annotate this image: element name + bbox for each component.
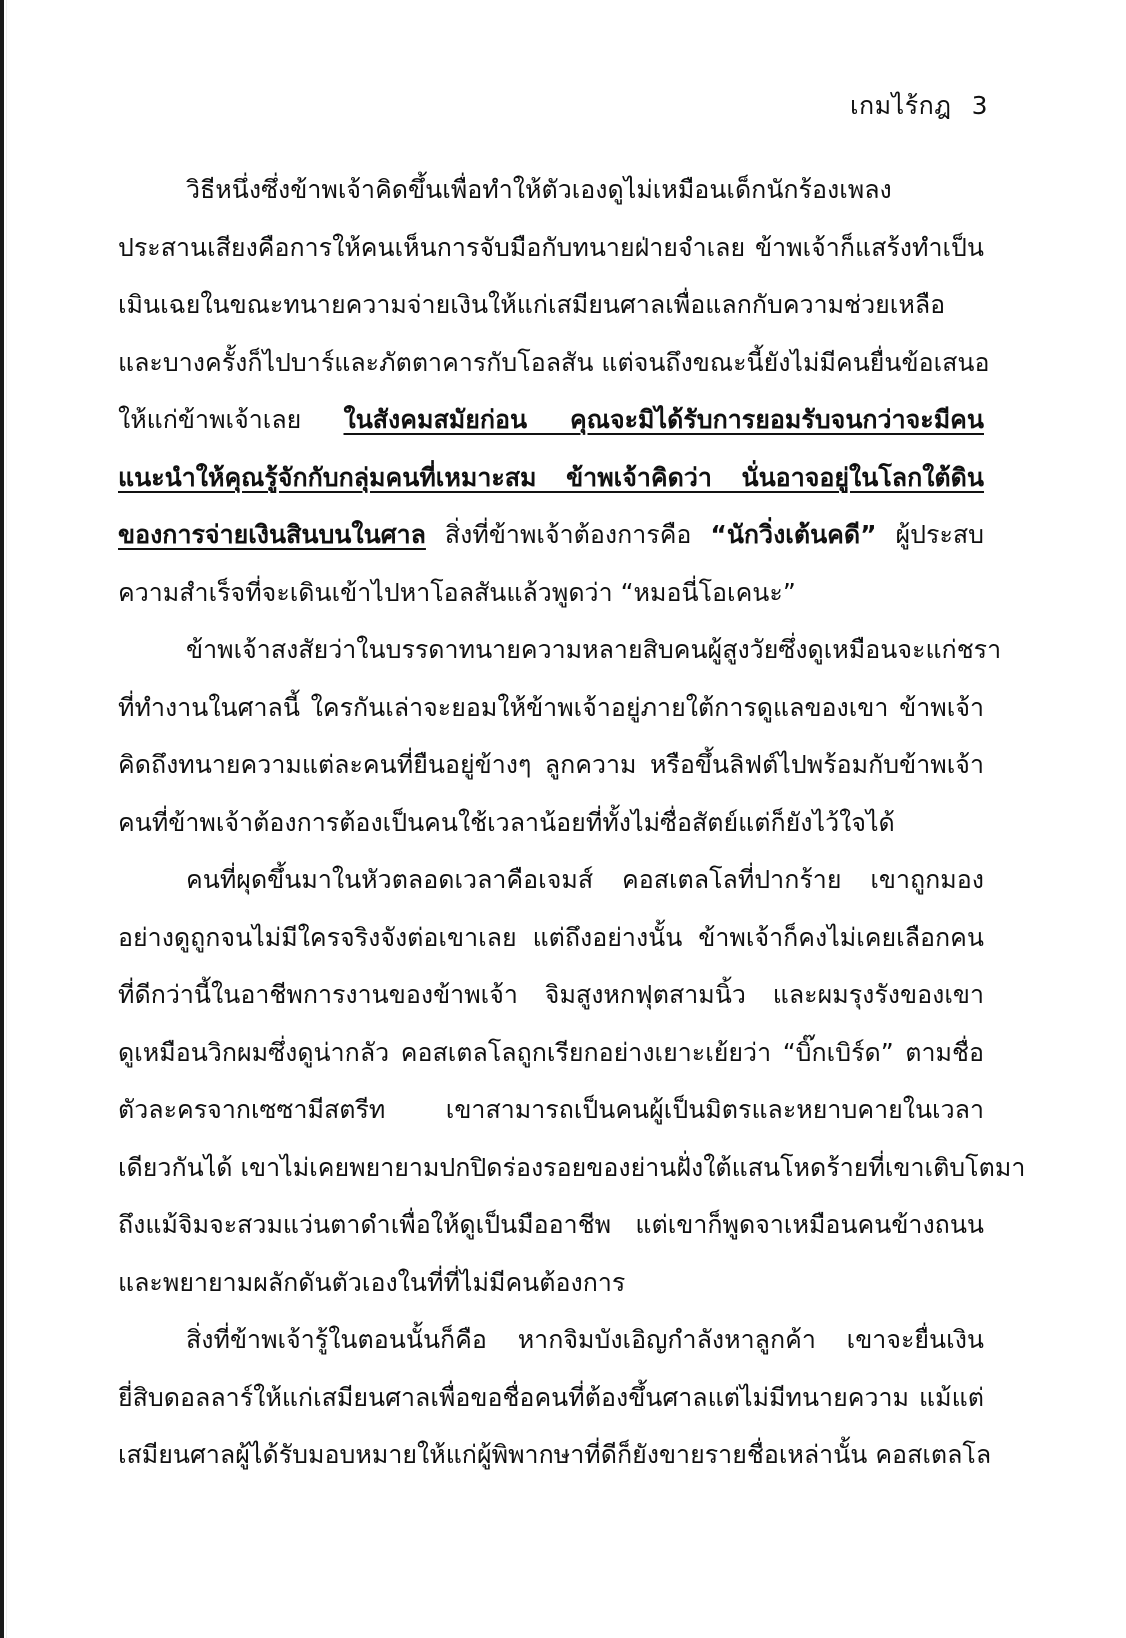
text-line: ที่ดีกว่านี้ในอาชีพการงานของข้าพเจ้า จิม… xyxy=(118,976,984,1014)
text-line: ที่ทำงานในศาลนี้ ใครกันเล่าจะยอมให้ข้าพเ… xyxy=(118,689,984,727)
bold-term: “นักวิ่งเต้นคดี” xyxy=(710,520,876,549)
text-line: แนะนำให้คุณรู้จักกับกลุ่มคนที่เหมาะสม ข้… xyxy=(118,459,984,497)
text-line: ถึงแม้จิมจะสวมแว่นตาดำเพื่อให้ดูเป็นมืออ… xyxy=(118,1206,984,1244)
text-line: คิดถึงทนายความแต่ละคนที่ยืนอยู่ข้างๆ ลูก… xyxy=(118,746,984,784)
page-left-border xyxy=(0,0,4,1638)
emphasized-text: ของการจ่ายเงินสินบนในศาล xyxy=(118,520,426,549)
page-edge-shadow xyxy=(6,0,7,1638)
text-line: คนที่ผุดขึ้นมาในหัวตลอดเวลาคือเจมส์ คอสเ… xyxy=(186,861,984,899)
text-line: เมินเฉยในขณะทนายความจ่ายเงินให้แก่เสมียน… xyxy=(118,286,984,324)
text-line: คนที่ข้าพเจ้าต้องการต้องเป็นคนใช้เวลาน้อ… xyxy=(118,804,984,842)
text-line: อย่างดูถูกจนไม่มีใครจริงจังต่อเขาเลย แต่… xyxy=(118,919,984,957)
text-line: วิธีหนึ่งซึ่งข้าพเจ้าคิดขึ้นเพื่อทำให้ตั… xyxy=(186,171,984,209)
text-line: ดูเหมือนวิกผมซึ่งดูน่ากลัว คอสเตลโลถูกเร… xyxy=(118,1034,984,1072)
text-line: ยี่สิบดอลลาร์ให้แก่เสมียนศาลเพื่อขอชื่อค… xyxy=(118,1379,984,1417)
page-number: 3 xyxy=(972,91,988,120)
emphasized-text: ในสังคมสมัยก่อน คุณจะมิได้รับการยอมรับจน… xyxy=(344,405,985,434)
text-line: ของการจ่ายเงินสินบนในศาล สิ่งที่ข้าพเจ้า… xyxy=(118,516,984,554)
text-line: ประสานเสียงคือการให้คนเห็นการจับมือกับทน… xyxy=(118,229,984,267)
text-line: และบางครั้งก็ไปบาร์และภัตตาคารกับโอลสัน … xyxy=(118,344,984,382)
running-header: เกมไร้กฎ3 xyxy=(850,86,988,126)
book-title: เกมไร้กฎ xyxy=(850,91,952,120)
text-line: และพยายามผลักดันตัวเองในที่ที่ไม่มีคนต้อ… xyxy=(118,1264,984,1302)
text-line: ให้แก่ข้าพเจ้าเลย ในสังคมสมัยก่อน คุณจะม… xyxy=(118,401,984,439)
text-line: เดียวกันได้ เขาไม่เคยพยายามปกปิดร่องรอยข… xyxy=(118,1149,984,1187)
emphasized-text: แนะนำให้คุณรู้จักกับกลุ่มคนที่เหมาะสม ข้… xyxy=(118,463,984,492)
text-line: ตัวละครจากเซซามีสตรีท เขาสามารถเป็นคนผู้… xyxy=(118,1091,984,1129)
text-line: เสมียนศาลผู้ได้รับมอบหมายให้แก่ผู้พิพากษ… xyxy=(118,1436,984,1474)
text-line: สิ่งที่ข้าพเจ้ารู้ในตอนนั้นก็คือ หากจิมบ… xyxy=(186,1321,984,1359)
text-line: ความสำเร็จที่จะเดินเข้าไปหาโอลสันแล้วพูด… xyxy=(118,574,984,612)
text-line: ข้าพเจ้าสงสัยว่าในบรรดาทนายความหลายสิบคน… xyxy=(186,631,984,669)
